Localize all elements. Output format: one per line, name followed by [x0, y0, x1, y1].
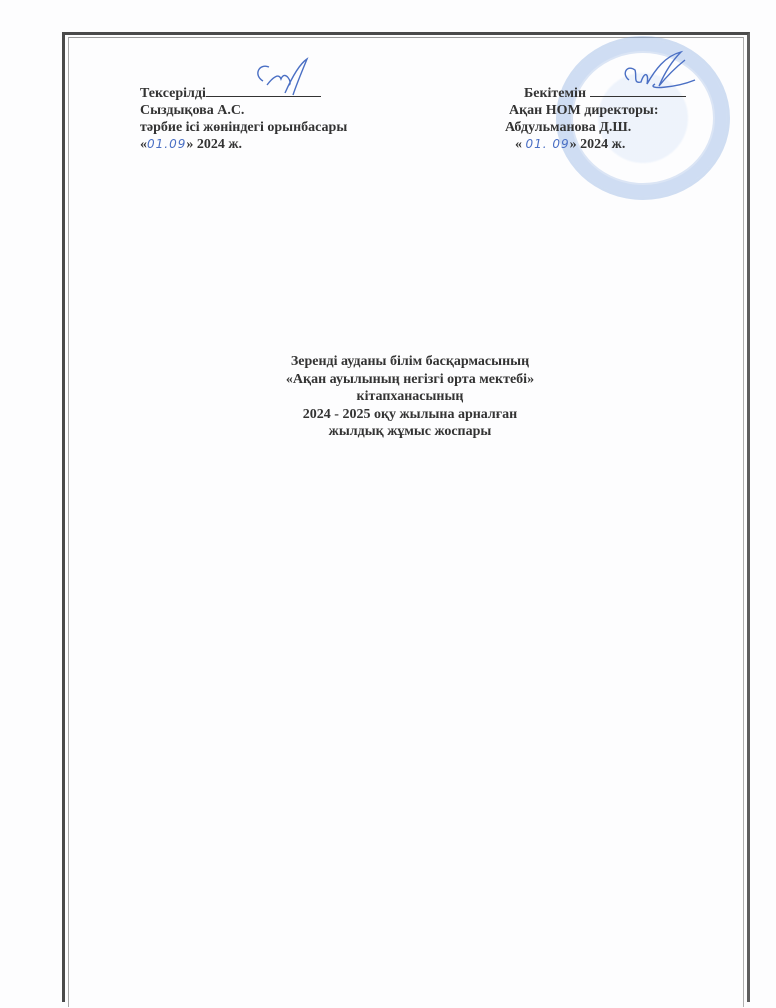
- approved-label: Бекітемін: [524, 86, 586, 101]
- handwritten-date: 01.09: [147, 137, 186, 151]
- checked-date: «01.09» 2024 ж.: [140, 136, 347, 153]
- checked-position: тәрбие ісі жөніндегі орынбасары: [140, 119, 347, 136]
- title-line: «Ақан ауылының негізгі орта мектебі»: [200, 371, 620, 389]
- signature-left-icon: [245, 55, 325, 100]
- approved-name: Абдульманова Д.Ш.: [505, 119, 686, 136]
- title-line: жылдық жұмыс жоспары: [200, 423, 620, 441]
- approved-position: Ақан НОМ директоры:: [505, 102, 686, 119]
- checked-name: Сыздықова А.С.: [140, 102, 347, 119]
- title-line: 2024 - 2025 оқу жылына арналған: [200, 406, 620, 424]
- approved-date: « 01. 09» 2024 ж.: [505, 136, 686, 153]
- signature-right-icon: [615, 50, 705, 98]
- title-line: кітапханасының: [200, 388, 620, 406]
- handwritten-date: 01. 09: [526, 137, 570, 151]
- title-line: Зеренді ауданы білім басқармасының: [200, 353, 620, 371]
- document-title: Зеренді ауданы білім басқармасының «Ақан…: [200, 353, 620, 441]
- checked-label: Тексерілді: [140, 86, 206, 101]
